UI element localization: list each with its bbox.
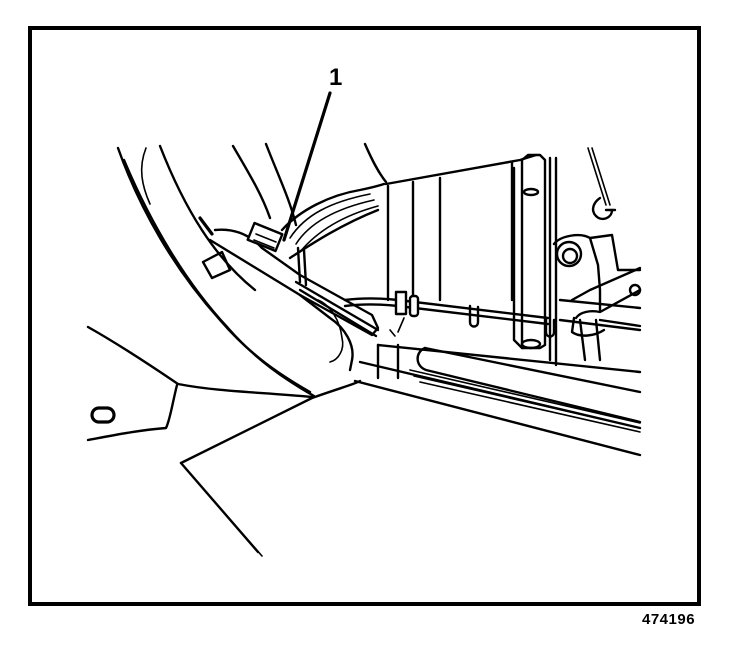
figure-frame [30,28,699,604]
illustration-linework [88,144,640,556]
rod-clip [410,296,418,316]
rod-clamp [396,292,406,314]
callout-label: 1 [329,66,342,90]
diagram-canvas [0,0,736,646]
figure-number: 474196 [642,612,695,627]
oval-hole [92,408,114,422]
